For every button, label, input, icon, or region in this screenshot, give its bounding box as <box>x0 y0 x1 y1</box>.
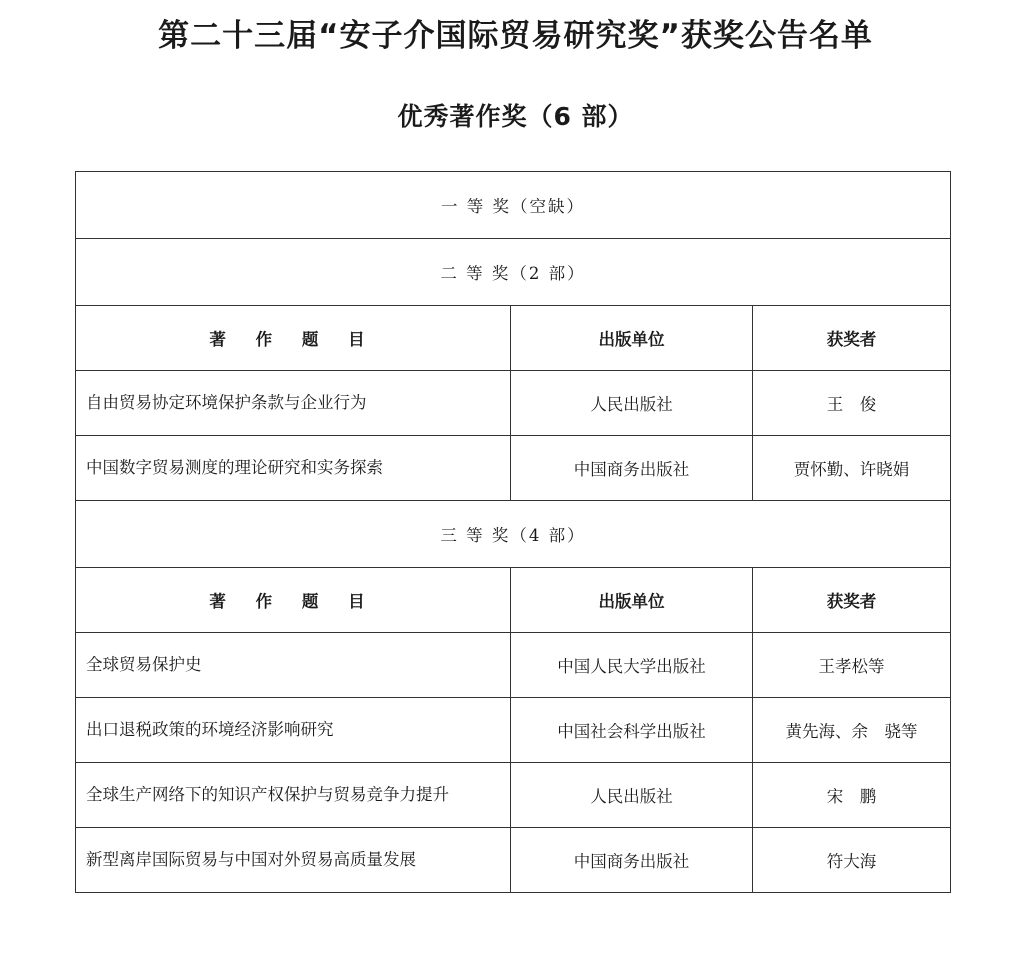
awards-table: 一 等 奖（空缺） 二 等 奖（2 部） 著 作 题 目 出版单位 获奖者 自由… <box>75 171 951 893</box>
table-row: 全球生产网络下的知识产权保护与贸易竞争力提升 人民出版社 宋 鹏 <box>76 763 951 828</box>
cell-winner: 贾怀勤、许晓娟 <box>753 436 951 501</box>
header-title: 著 作 题 目 <box>76 306 511 371</box>
cell-publisher: 中国社会科学出版社 <box>511 698 753 763</box>
cell-title: 新型离岸国际贸易与中国对外贸易高质量发展 <box>76 828 511 893</box>
cell-title: 全球生产网络下的知识产权保护与贸易竞争力提升 <box>76 763 511 828</box>
cell-publisher: 中国商务出版社 <box>511 828 753 893</box>
document-subtitle: 优秀著作奖（6 部） <box>0 97 1031 133</box>
table-row: 新型离岸国际贸易与中国对外贸易高质量发展 中国商务出版社 符大海 <box>76 828 951 893</box>
cell-winner: 符大海 <box>753 828 951 893</box>
cell-title: 出口退税政策的环境经济影响研究 <box>76 698 511 763</box>
cell-winner: 王孝松等 <box>753 633 951 698</box>
cell-publisher: 中国人民大学出版社 <box>511 633 753 698</box>
table-header-row: 著 作 题 目 出版单位 获奖者 <box>76 306 951 371</box>
cell-publisher: 中国商务出版社 <box>511 436 753 501</box>
header-publisher: 出版单位 <box>511 568 753 633</box>
cell-title: 中国数字贸易测度的理论研究和实务探索 <box>76 436 511 501</box>
cell-title: 自由贸易协定环境保护条款与企业行为 <box>76 371 511 436</box>
table-row: 自由贸易协定环境保护条款与企业行为 人民出版社 王 俊 <box>76 371 951 436</box>
table-row: 出口退税政策的环境经济影响研究 中国社会科学出版社 黄先海、余 骁等 <box>76 698 951 763</box>
table-row: 全球贸易保护史 中国人民大学出版社 王孝松等 <box>76 633 951 698</box>
cell-winner: 宋 鹏 <box>753 763 951 828</box>
table-header-row: 著 作 题 目 出版单位 获奖者 <box>76 568 951 633</box>
cell-winner: 黄先海、余 骁等 <box>753 698 951 763</box>
table-row: 中国数字贸易测度的理论研究和实务探索 中国商务出版社 贾怀勤、许晓娟 <box>76 436 951 501</box>
cell-publisher: 人民出版社 <box>511 371 753 436</box>
cell-title: 全球贸易保护史 <box>76 633 511 698</box>
tier-first-prize-label: 一 等 奖（空缺） <box>76 172 951 239</box>
tier-first-prize-row: 一 等 奖（空缺） <box>76 172 951 239</box>
tier-third-prize-label: 三 等 奖（4 部） <box>76 501 951 568</box>
tier-second-prize-label: 二 等 奖（2 部） <box>76 239 951 306</box>
tier-second-prize-row: 二 等 奖（2 部） <box>76 239 951 306</box>
header-publisher: 出版单位 <box>511 306 753 371</box>
cell-winner: 王 俊 <box>753 371 951 436</box>
cell-publisher: 人民出版社 <box>511 763 753 828</box>
header-winner: 获奖者 <box>753 568 951 633</box>
document-title: 第二十三届“安子介国际贸易研究奖”获奖公告名单 <box>0 10 1031 55</box>
header-winner: 获奖者 <box>753 306 951 371</box>
tier-third-prize-row: 三 等 奖（4 部） <box>76 501 951 568</box>
header-title: 著 作 题 目 <box>76 568 511 633</box>
